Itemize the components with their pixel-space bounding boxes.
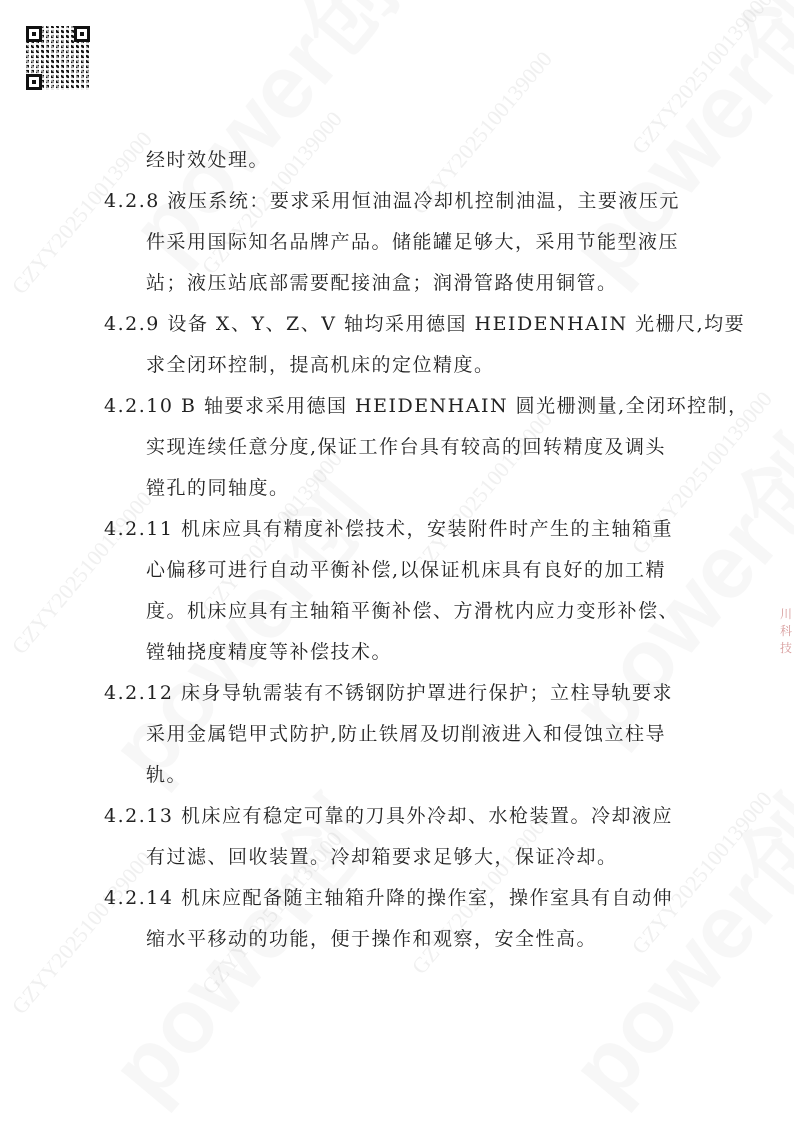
document-body: 经时效处理。 4.2.8 液压系统：要求采用恒油温冷却机控制油温，主要液压元 件… <box>104 140 704 960</box>
text-line: 4.2.12 床身导轨需装有不锈钢防护罩进行保护；立柱导轨要求 <box>104 673 704 714</box>
qr-code-icon <box>26 26 90 90</box>
qr-finder-pattern <box>26 26 42 42</box>
seal-char: 科 <box>780 622 794 639</box>
text-line: 缩水平移动的功能，便于操作和观察，安全性高。 <box>104 919 704 960</box>
clause-4-2-8: 4.2.8 液压系统：要求采用恒油温冷却机控制油温，主要液压元 件采用国际知名品… <box>104 181 704 304</box>
text-line: 求全闭环控制，提高机床的定位精度。 <box>104 345 704 386</box>
text-line: 4.2.10 B 轴要求采用德国 HEIDENHAIN 圆光栅测量,全闭环控制， <box>104 386 704 427</box>
clause-4-2-13: 4.2.13 机床应有稳定可靠的刀具外冷却、水枪装置。冷却液应 有过滤、回收装置… <box>104 796 704 878</box>
text-line: 件采用国际知名品牌产品。储能罐足够大，采用节能型液压 <box>104 222 704 263</box>
text-line: 4.2.11 机床应具有精度补偿技术，安装附件时产生的主轴箱重 <box>104 509 704 550</box>
text-line: 度。机床应具有主轴箱平衡补偿、方滑枕内应力变形补偿、 <box>104 591 704 632</box>
text-line: 有过滤、回收装置。冷却箱要求足够大，保证冷却。 <box>104 837 704 878</box>
text-line: 4.2.9 设备 X、Y、Z、V 轴均采用德国 HEIDENHAIN 光栅尺,均… <box>104 304 704 345</box>
seal-char: 川 <box>780 605 794 622</box>
seal-stamp-edge: 川 科 技 <box>780 605 794 705</box>
watermark-text: GZYY2025100139000 <box>626 0 777 160</box>
text-line: 经时效处理。 <box>104 140 704 181</box>
clause-4-2-14: 4.2.14 机床应配备随主轴箱升降的操作室，操作室具有自动伸 缩水平移动的功能… <box>104 878 704 960</box>
text-line: 镗轴挠度精度等补偿技术。 <box>104 632 704 673</box>
text-line: 站；液压站底部需要配接油盒；润滑管路使用铜管。 <box>104 263 704 304</box>
text-line: 4.2.14 机床应配备随主轴箱升降的操作室，操作室具有自动伸 <box>104 878 704 919</box>
paragraph-continuation: 经时效处理。 <box>104 140 704 181</box>
text-line: 实现连续任意分度,保证工作台具有较高的回转精度及调头 <box>104 427 704 468</box>
qr-finder-pattern <box>74 26 90 42</box>
clause-4-2-9: 4.2.9 设备 X、Y、Z、V 轴均采用德国 HEIDENHAIN 光栅尺,均… <box>104 304 704 386</box>
qr-finder-pattern <box>26 74 42 90</box>
text-line: 4.2.13 机床应有稳定可靠的刀具外冷却、水枪装置。冷却液应 <box>104 796 704 837</box>
clause-4-2-12: 4.2.12 床身导轨需装有不锈钢防护罩进行保护；立柱导轨要求 采用金属铠甲式防… <box>104 673 704 796</box>
text-line: 镗孔的同轴度。 <box>104 468 704 509</box>
clause-4-2-11: 4.2.11 机床应具有精度补偿技术，安装附件时产生的主轴箱重 心偏移可进行自动… <box>104 509 704 673</box>
clause-4-2-10: 4.2.10 B 轴要求采用德国 HEIDENHAIN 圆光栅测量,全闭环控制，… <box>104 386 704 509</box>
text-line: 采用金属铠甲式防护,防止铁屑及切削液进入和侵蚀立柱导 <box>104 714 704 755</box>
text-line: 4.2.8 液压系统：要求采用恒油温冷却机控制油温，主要液压元 <box>104 181 704 222</box>
text-line: 轨。 <box>104 755 704 796</box>
text-line: 心偏移可进行自动平衡补偿,以保证机床具有良好的加工精 <box>104 550 704 591</box>
seal-char: 技 <box>780 639 794 656</box>
